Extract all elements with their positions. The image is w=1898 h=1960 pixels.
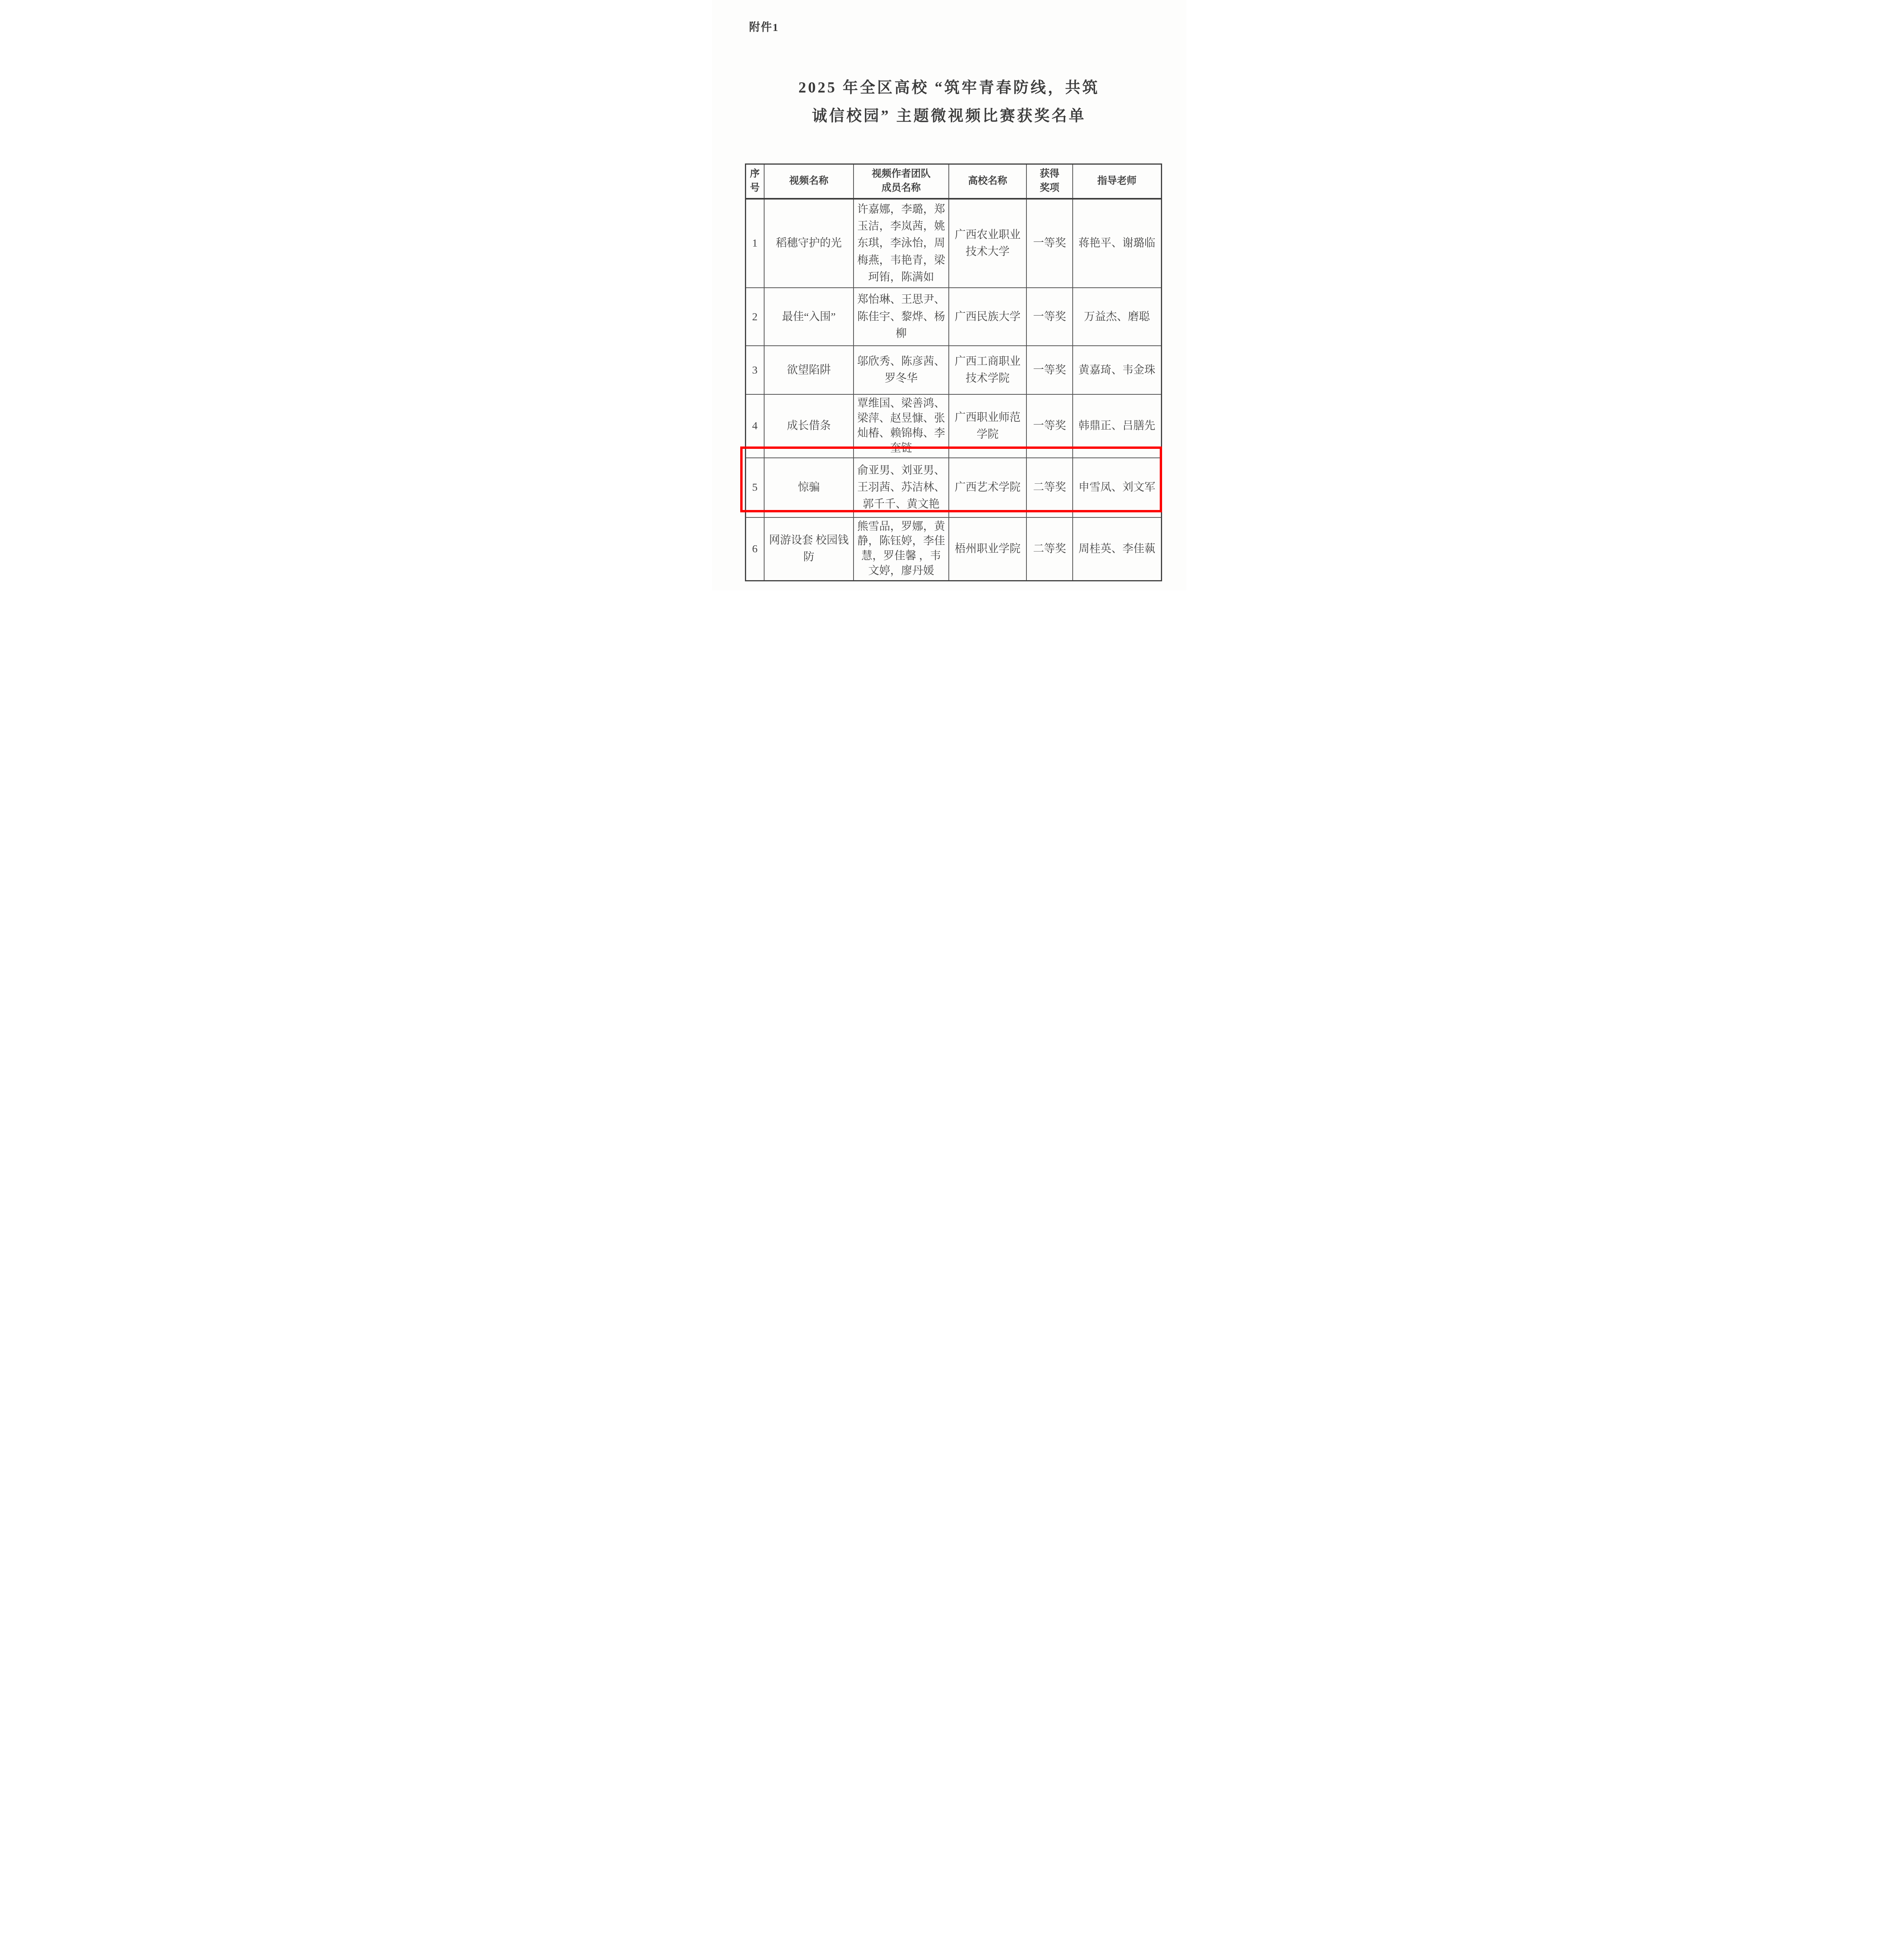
table-header-row: 序 号 视频名称 视频作者团队 成员名称 高校名称 获得 奖项 指导老师 — [745, 164, 1161, 199]
awards-table: 序 号 视频名称 视频作者团队 成员名称 高校名称 获得 奖项 指导老师 1 稻… — [745, 163, 1162, 581]
attachment-label: 附件1 — [749, 0, 1186, 34]
cell-video: 成长借条 — [764, 394, 854, 457]
cell-award: 二等奖 — [1026, 458, 1073, 517]
awards-table-wrap: 序 号 视频名称 视频作者团队 成员名称 高校名称 获得 奖项 指导老师 1 稻… — [745, 163, 1161, 581]
cell-school: 广西工商职业技术学院 — [949, 346, 1026, 394]
cell-school: 广西职业师范学院 — [949, 394, 1026, 457]
cell-teacher: 黄嘉琦、韦金珠 — [1073, 346, 1161, 394]
header-teacher: 指导老师 — [1073, 164, 1161, 199]
cell-video: 最佳“入围” — [764, 288, 854, 346]
header-school: 高校名称 — [949, 164, 1026, 199]
cell-team: 郑怡琳、王思尹、陈佳宇、黎烨、杨柳 — [854, 288, 949, 346]
document-title: 2025 年全区高校 “筑牢青春防线，共筑 诚信校园” 主题微视频比赛获奖名单 — [728, 74, 1171, 130]
table-row: 4 成长借条 覃维国、梁善鸿、梁萍、赵昱慷、张灿椿、赖锦梅、李奎链 广西职业师范… — [745, 394, 1161, 457]
cell-award: 一等奖 — [1026, 199, 1073, 288]
cell-team: 邬欣秀、陈彦茜、罗冬华 — [854, 346, 949, 394]
header-num: 序 号 — [745, 164, 764, 199]
cell-video: 惊骗 — [764, 458, 854, 517]
header-team: 视频作者团队 成员名称 — [854, 164, 949, 199]
document-page: 附件1 2025 年全区高校 “筑牢青春防线，共筑 诚信校园” 主题微视频比赛获… — [712, 0, 1186, 590]
table-row: 1 稻穗守护的光 许嘉娜，李璐，郑玉洁，李岚茜，姚东琪，李泳怡，周梅燕，韦艳青，… — [745, 199, 1161, 288]
table-row: 6 网游设套 校园钱防 熊雪品，罗娜，黄静，陈钰婷，李佳慧，罗佳馨 ，韦文婷，廖… — [745, 517, 1161, 581]
cell-team: 覃维国、梁善鸿、梁萍、赵昱慷、张灿椿、赖锦梅、李奎链 — [854, 394, 949, 457]
header-award: 获得 奖项 — [1026, 164, 1073, 199]
title-line-1: 2025 年全区高校 “筑牢青春防线，共筑 — [728, 74, 1171, 102]
cell-num: 4 — [745, 394, 764, 457]
cell-num: 2 — [745, 288, 764, 346]
cell-num: 6 — [745, 517, 764, 581]
cell-school: 广西民族大学 — [949, 288, 1026, 346]
cell-teacher: 蒋艳平、谢璐临 — [1073, 199, 1161, 288]
table-row-highlighted: 5 惊骗 俞亚男、刘亚男、王羽茜、苏洁林、郭千千、黄文艳 广西艺术学院 二等奖 … — [745, 458, 1161, 517]
cell-award: 二等奖 — [1026, 517, 1073, 581]
cell-team: 许嘉娜，李璐，郑玉洁，李岚茜，姚东琪，李泳怡，周梅燕，韦艳青，梁珂铕，陈满如 — [854, 199, 949, 288]
cell-award: 一等奖 — [1026, 288, 1073, 346]
cell-teacher: 周桂英、李佳蓻 — [1073, 517, 1161, 581]
cell-num: 3 — [745, 346, 764, 394]
table-row: 3 欲望陷阱 邬欣秀、陈彦茜、罗冬华 广西工商职业技术学院 一等奖 黄嘉琦、韦金… — [745, 346, 1161, 394]
cell-school: 广西艺术学院 — [949, 458, 1026, 517]
cell-teacher: 万益杰、磨聪 — [1073, 288, 1161, 346]
title-line-2: 诚信校园” 主题微视频比赛获奖名单 — [728, 102, 1171, 130]
cell-num: 5 — [745, 458, 764, 517]
table-row: 2 最佳“入围” 郑怡琳、王思尹、陈佳宇、黎烨、杨柳 广西民族大学 一等奖 万益… — [745, 288, 1161, 346]
cell-team: 俞亚男、刘亚男、王羽茜、苏洁林、郭千千、黄文艳 — [854, 458, 949, 517]
cell-award: 一等奖 — [1026, 394, 1073, 457]
cell-video: 欲望陷阱 — [764, 346, 854, 394]
cell-team: 熊雪品，罗娜，黄静，陈钰婷，李佳慧，罗佳馨 ，韦文婷，廖丹媛 — [854, 517, 949, 581]
cell-school: 广西农业职业技术大学 — [949, 199, 1026, 288]
cell-award: 一等奖 — [1026, 346, 1073, 394]
cell-school: 梧州职业学院 — [949, 517, 1026, 581]
header-video: 视频名称 — [764, 164, 854, 199]
cell-video: 稻穗守护的光 — [764, 199, 854, 288]
cell-teacher: 韩鼎正、吕膳先 — [1073, 394, 1161, 457]
cell-teacher: 申雪凤、刘文军 — [1073, 458, 1161, 517]
cell-num: 1 — [745, 199, 764, 288]
cell-video: 网游设套 校园钱防 — [764, 517, 854, 581]
